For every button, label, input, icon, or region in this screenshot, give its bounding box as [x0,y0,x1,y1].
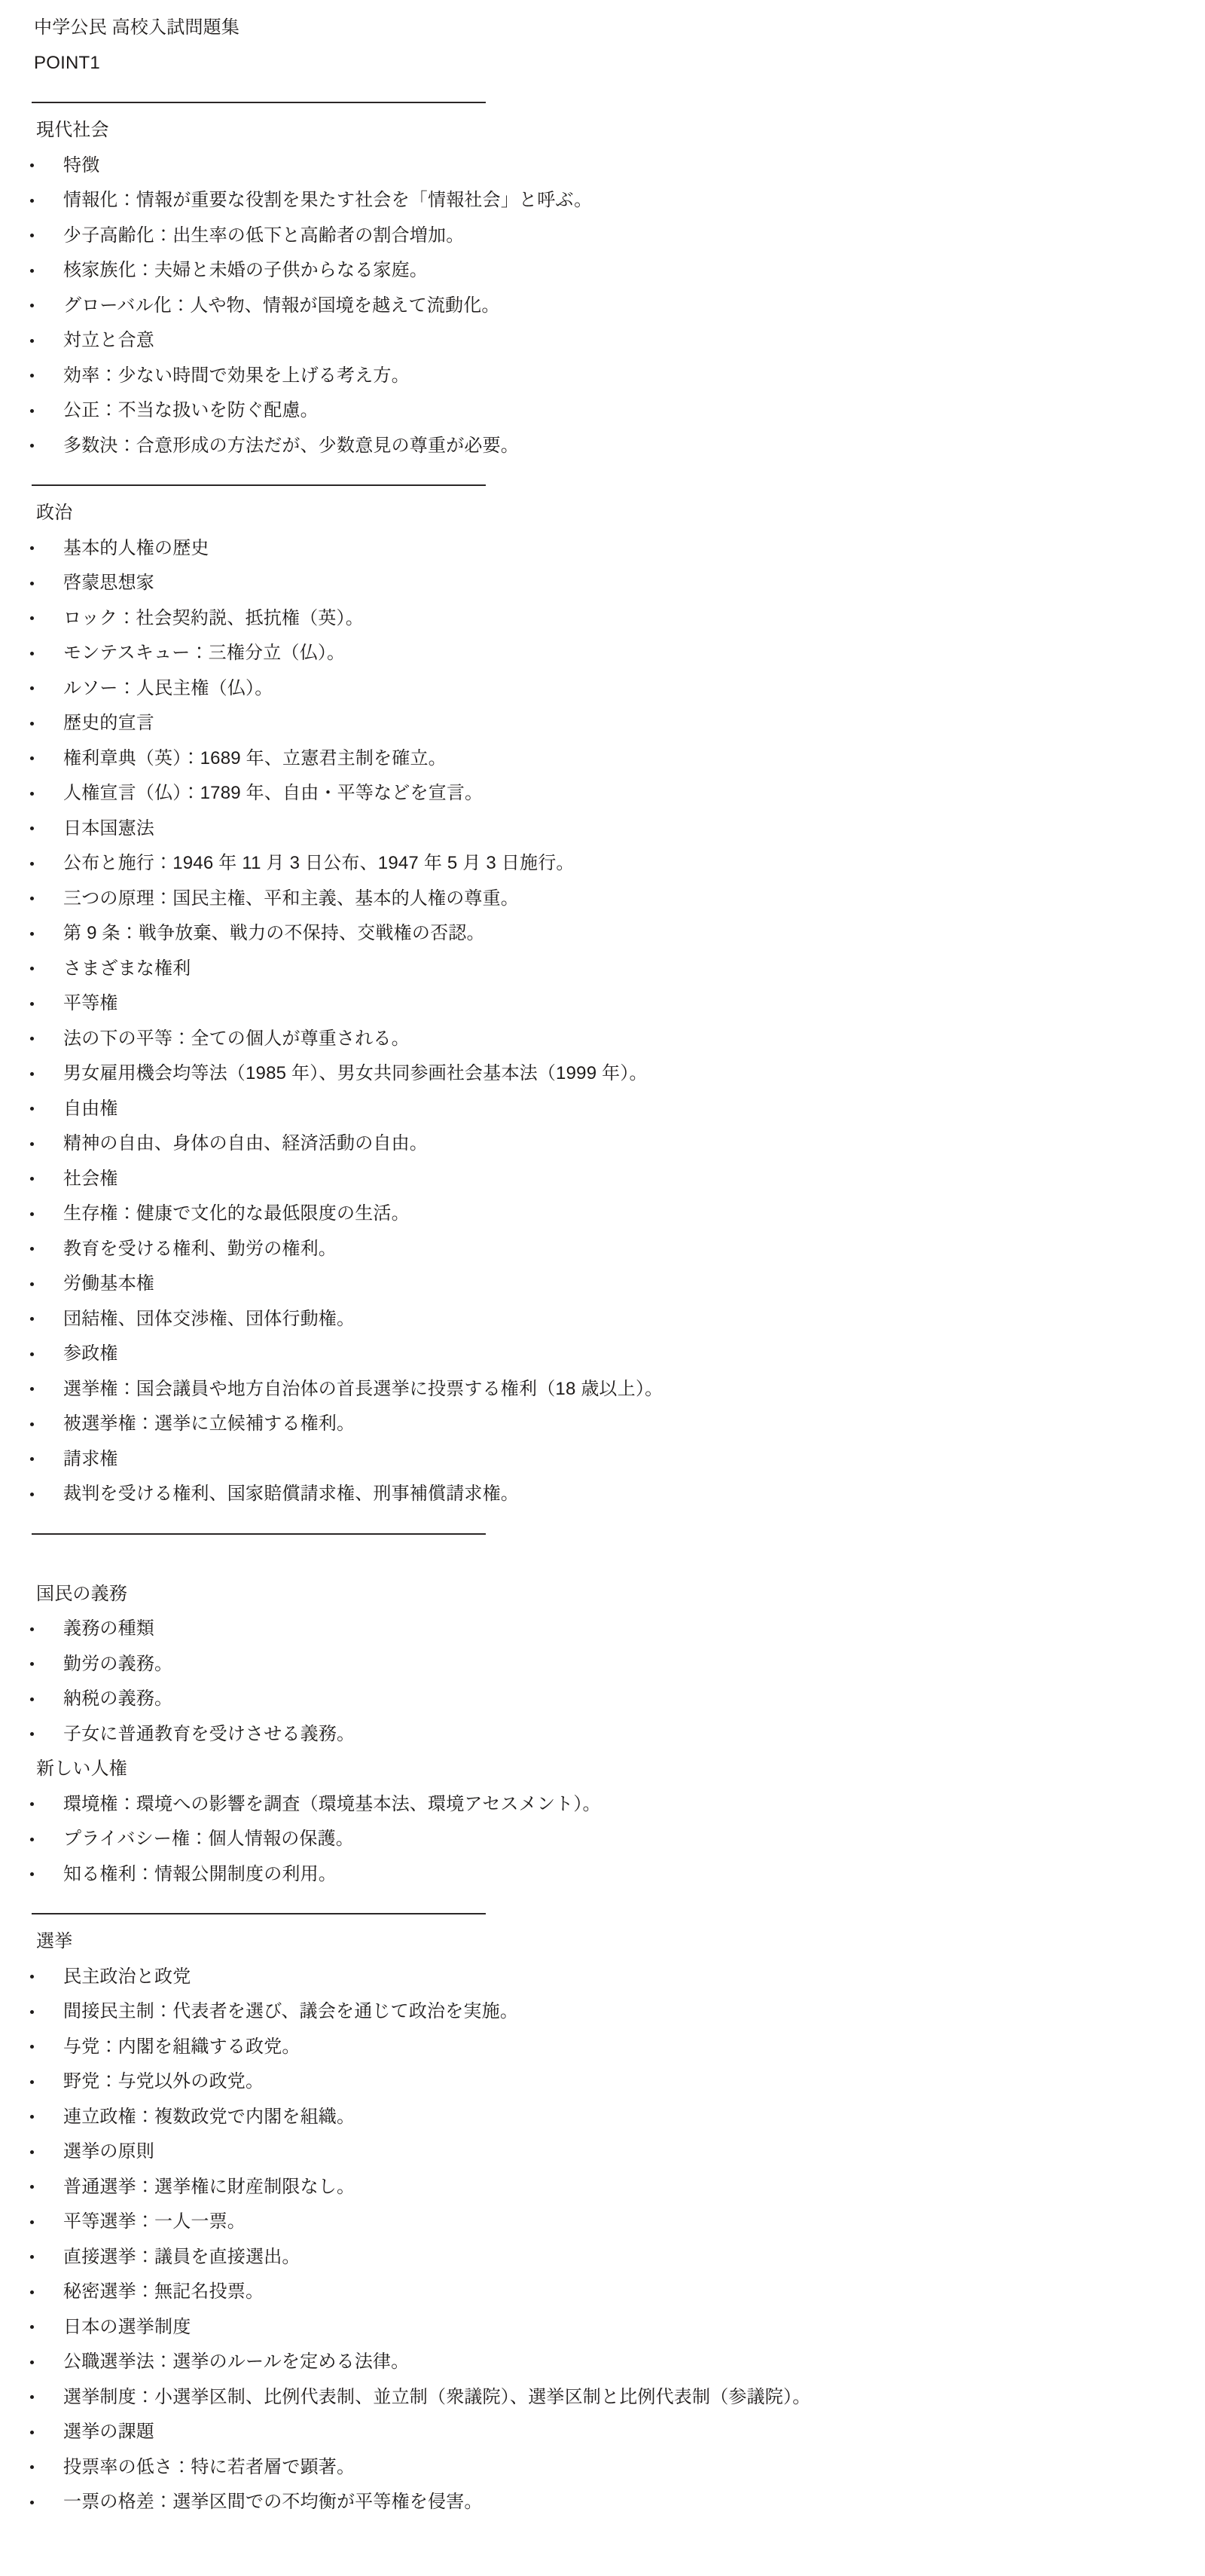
list-item: 核家族化：夫婦と未婚の子供からなる家庭。 [0,253,1205,289]
list-item-text: 特徴 [63,157,99,175]
list-item-text: 選挙の課題 [63,2423,154,2441]
list-item: 環境権：環境への影響を調査（環境基本法、環境アセスメント）。 [0,1787,1205,1823]
list-item: 多数決：合意形成の方法だが、少数意見の尊重が必要。 [0,429,1205,464]
bullet-icon [30,1732,34,1736]
list-item-text: 第 9 条：戦争放棄、戦力の不保持、交戦権の否認。 [63,924,485,943]
list-item: 勤労の義務。 [0,1647,1205,1682]
bullet-icon [30,2465,34,2469]
list-item-text: 公布と施行：1946 年 11 月 3 日公布、1947 年 5 月 3 日施行… [63,854,575,872]
list-item: 義務の種類 [0,1612,1205,1647]
bullet-icon [30,546,34,550]
list-item: 基本的人権の歴史 [0,531,1205,567]
list-item: 知る権利：情報公開制度の利用。 [0,1857,1205,1893]
list-item-text: 労働基本権 [63,1275,154,1293]
bullet-icon [30,1037,34,1040]
bullet-icon [30,2395,34,2399]
bullet-icon [30,374,34,377]
list-item: さまざまな権利 [0,952,1205,987]
list-item-text: ロック：社会契約説、抵抗権（英）。 [63,610,364,628]
list-item: 自由権 [0,1092,1205,1127]
list-item: 歴史的宣言 [0,706,1205,741]
list-item: 直接選挙：議員を直接選出。 [0,2240,1205,2275]
bullet-icon [30,163,34,167]
list-item: グローバル化：人や物、情報が国境を越えて流動化。 [0,289,1205,324]
bullet-icon [30,897,34,900]
list-item-text: 社会権 [63,1170,118,1188]
list-item-text: 連立政権：複数政党で内閣を組織。 [63,2108,355,2126]
section-heading: 政治 [0,496,1205,531]
list-item-text: 権利章典（英）：1689 年、立憲君主制を確立。 [63,750,447,768]
bullet-icon [30,1457,34,1461]
list-item: 教育を受ける権利、勤労の権利。 [0,1232,1205,1267]
list-item: 三つの原理：国民主権、平和主義、基本的人権の尊重。 [0,882,1205,917]
bullet-icon [30,827,34,830]
bullet-icon [30,1422,34,1426]
list-item-text: 公職選挙法：選挙のルールを定める法律。 [63,2353,409,2371]
list-item-text: 選挙権：国会議員や地方自治体の首長選挙に投票する権利（18 歳以上）。 [63,1380,663,1398]
list-item-text: 対立と合意 [63,332,154,350]
list-item: 日本の選挙制度 [0,2310,1205,2345]
list-item-text: 団結権、団体交渉権、団体行動権。 [63,1310,355,1328]
list-item-text: 教育を受ける権利、勤労の権利。 [63,1240,337,1258]
list-item: 公職選挙法：選挙のルールを定める法律。 [0,2345,1205,2380]
list-item-text: 環境権：環境への影響を調査（環境基本法、環境アセスメント）。 [63,1795,601,1814]
list-item: 公正：不当な扱いを防ぐ配慮。 [0,393,1205,429]
list-item-text: 歴史的宣言 [63,714,154,732]
list-item-text: 普通選挙：選挙権に財産制限なし。 [63,2178,355,2196]
list-item-text: 男女雇用機会均等法（1985 年）、男女共同参画社会基本法（1999 年）。 [63,1065,648,1083]
section-divider [32,1913,486,1914]
list-item: 一票の格差：選挙区間での不均衡が平等権を侵害。 [0,2485,1205,2520]
list-item-text: ルソー：人民主権（仏）。 [63,680,273,698]
list-item-text: 子女に普通教育を受けさせる義務。 [63,1725,355,1743]
bullet-icon [30,932,34,936]
bullet-icon [30,2220,34,2224]
sections-container: 現代社会特徴情報化：情報が重要な役割を果たす社会を「情報社会」と呼ぶ。少子高齢化… [0,102,1205,2520]
list-item: 精神の自由、身体の自由、経済活動の自由。 [0,1126,1205,1162]
list-item-text: 参政権 [63,1345,118,1363]
bullet-icon [30,756,34,760]
bullet-icon [30,2150,34,2154]
list-item-text: 投票率の低さ：特に若者層で顕著。 [63,2458,355,2477]
list-item: 被選挙権：選挙に立候補する権利。 [0,1407,1205,1442]
bullet-icon [30,582,34,585]
section-divider [32,484,486,486]
list-item: 裁判を受ける権利、国家賠償請求権、刑事補償請求権。 [0,1477,1205,1512]
section-heading: 国民の義務 [0,1577,1205,1612]
list-item-text: 選挙制度：小選挙区制、比例代表制、並立制（衆議院）、選挙区制と比例代表制（参議院… [63,2388,810,2406]
bullet-icon [30,199,34,203]
document-page: 中学公民 高校入試問題集 POINT1 現代社会特徴情報化：情報が重要な役割を果… [0,0,1205,2520]
bullet-icon [30,967,34,970]
bullet-icon [30,862,34,866]
list-item: 選挙の課題 [0,2415,1205,2450]
section-divider [32,102,486,103]
list-item: 民主政治と政党 [0,1960,1205,1995]
list-item-text: 間接民主制：代表者を選び、議会を通じて政治を実施。 [63,2003,518,2021]
list-item-text: 選挙の原則 [63,2143,154,2161]
list-item: 日本国憲法 [0,811,1205,847]
bullet-icon [30,1872,34,1876]
list-item-text: 平等権 [63,995,118,1013]
list-item-text: 請求権 [63,1450,118,1468]
list-item-text: さまざまな権利 [63,960,191,978]
list-item: 労働基本権 [0,1267,1205,1302]
list-item-text: 秘密選挙：無記名投票。 [63,2283,264,2301]
bullet-icon [30,722,34,726]
point-label-row: POINT1 [0,46,1205,81]
bullet-icon [30,652,34,655]
section-heading-text: 新しい人権 [36,1760,127,1778]
list-item: 野党：与党以外の政党。 [0,2064,1205,2100]
list-item-text: 法の下の平等：全ての個人が尊重される。 [63,1030,410,1048]
list-item: 人権宣言（仏）：1789 年、自由・平等などを宣言。 [0,776,1205,811]
list-item-text: 民主政治と政党 [63,1968,191,1986]
list-item-text: 勤労の義務。 [63,1655,172,1673]
list-item-text: 裁判を受ける権利、国家賠償請求権、刑事補償請求権。 [63,1485,519,1503]
bullet-icon [30,269,34,273]
list-item-text: 一票の格差：選挙区間での不均衡が平等権を侵害。 [63,2493,483,2511]
list-item-text: 義務の種類 [63,1620,154,1638]
bullet-icon [30,2045,34,2049]
bullet-icon [30,1107,34,1111]
list-item: 平等権 [0,986,1205,1022]
list-item-text: 生存権：健康で文化的な最低限度の生活。 [63,1205,410,1223]
section-heading-text: 国民の義務 [36,1585,127,1603]
section-heading-text: 選挙 [36,1933,72,1951]
list-item: 選挙制度：小選挙区制、比例代表制、並立制（衆議院）、選挙区制と比例代表制（参議院… [0,2380,1205,2416]
bullet-icon [30,2361,34,2364]
list-item-text: 野党：与党以外の政党。 [63,2073,264,2091]
bullet-icon [30,1282,34,1286]
list-item: 投票率の低さ：特に若者層で顕著。 [0,2450,1205,2486]
bullet-icon [30,1072,34,1076]
list-item: 効率：少ない時間で効果を上げる考え方。 [0,359,1205,394]
bullet-icon [30,2431,34,2434]
bullet-icon [30,1662,34,1666]
list-item: 生存権：健康で文化的な最低限度の生活。 [0,1196,1205,1232]
bullet-icon [30,2080,34,2084]
list-item-text: 少子高齢化：出生率の低下と高齢者の割合増加。 [63,227,464,245]
list-item: 連立政権：複数政党で内閣を組織。 [0,2100,1205,2135]
list-item: 情報化：情報が重要な役割を果たす社会を「情報社会」と呼ぶ。 [0,183,1205,218]
list-item: 特徴 [0,148,1205,184]
bullet-icon [30,2501,34,2504]
bullet-icon [30,1177,34,1181]
list-item-text: 人権宣言（仏）：1789 年、自由・平等などを宣言。 [63,784,483,802]
list-item-text: 被選挙権：選挙に立候補する権利。 [63,1415,355,1433]
bullet-icon [30,616,34,620]
list-item-text: 納税の義務。 [63,1690,172,1708]
section-spacer [0,1545,1205,1577]
list-item-text: 日本国憲法 [63,820,154,838]
list-item: 社会権 [0,1162,1205,1197]
bullet-icon [30,2290,34,2294]
bullet-icon [30,339,34,343]
section-heading-text: 政治 [36,504,72,522]
section-divider [32,1533,486,1535]
bullet-icon [30,1387,34,1391]
bullet-icon [30,2115,34,2119]
list-item: 公布と施行：1946 年 11 月 3 日公布、1947 年 5 月 3 日施行… [0,846,1205,882]
list-item: 少子高齢化：出生率の低下と高齢者の割合増加。 [0,218,1205,254]
bullet-icon [30,304,34,307]
list-item: ロック：社会契約説、抵抗権（英）。 [0,601,1205,637]
bullet-icon [30,1802,34,1806]
list-item: 第 9 条：戦争放棄、戦力の不保持、交戦権の否認。 [0,916,1205,952]
list-item: 権利章典（英）：1689 年、立憲君主制を確立。 [0,741,1205,777]
bullet-icon [30,1697,34,1701]
list-item: 間接民主制：代表者を選び、議会を通じて政治を実施。 [0,1994,1205,2030]
bullet-icon [30,792,34,796]
bullet-icon [30,1142,34,1146]
list-item: 選挙の原則 [0,2134,1205,2170]
bullet-icon [30,2325,34,2329]
bullet-icon [30,234,34,237]
list-item: 団結権、団体交渉権、団体行動権。 [0,1302,1205,1337]
section-heading-text: 現代社会 [36,121,109,139]
list-item: 子女に普通教育を受けさせる義務。 [0,1717,1205,1752]
list-item: モンテスキュー：三権分立（仏）。 [0,636,1205,671]
list-item: 納税の義務。 [0,1682,1205,1717]
list-item-text: プライバシー権：個人情報の保護。 [63,1830,354,1848]
list-item: ルソー：人民主権（仏）。 [0,671,1205,707]
bullet-icon [30,1493,34,1496]
list-item: 請求権 [0,1442,1205,1477]
list-item-text: モンテスキュー：三権分立（仏）。 [63,644,345,662]
list-item: 男女雇用機会均等法（1985 年）、男女共同参画社会基本法（1999 年）。 [0,1056,1205,1092]
document-title: 中学公民 高校入試問題集 [34,19,239,37]
list-item-text: 自由権 [63,1100,118,1118]
list-item-text: 多数決：合意形成の方法だが、少数意見の尊重が必要。 [63,437,519,455]
list-item: 平等選挙：一人一票。 [0,2205,1205,2240]
list-item-text: 効率：少ない時間で効果を上げる考え方。 [63,367,410,385]
section-heading: 新しい人権 [0,1752,1205,1787]
bullet-icon [30,1975,34,1979]
list-item-text: 日本の選挙制度 [63,2318,191,2336]
bullet-icon [30,1627,34,1631]
bullet-icon [30,409,34,413]
list-item: 参政権 [0,1337,1205,1372]
list-item: 啓蒙思想家 [0,566,1205,601]
bullet-icon [30,686,34,690]
bullet-icon [30,2255,34,2259]
bullet-icon [30,1212,34,1216]
list-item-text: 平等選挙：一人一票。 [63,2213,246,2231]
document-title-row: 中学公民 高校入試問題集 [0,11,1205,46]
list-item: 与党：内閣を組織する政党。 [0,2030,1205,2065]
list-item-text: 与党：内閣を組織する政党。 [63,2038,300,2056]
list-item: 法の下の平等：全ての個人が尊重される。 [0,1022,1205,1057]
list-item-text: 情報化：情報が重要な役割を果たす社会を「情報社会」と呼ぶ。 [63,191,592,209]
list-item-text: 基本的人権の歴史 [63,539,209,558]
bullet-icon [30,1247,34,1251]
list-item-text: 直接選挙：議員を直接選出。 [63,2248,300,2266]
bullet-icon [30,2010,34,2014]
bullet-icon [30,1838,34,1841]
list-item-text: 三つの原理：国民主権、平和主義、基本的人権の尊重。 [63,890,519,908]
section-heading: 現代社会 [0,113,1205,148]
list-item-text: 啓蒙思想家 [63,574,154,592]
list-item: 対立と合意 [0,323,1205,359]
list-item-text: グローバル化：人や物、情報が国境を越えて流動化。 [63,297,500,315]
bullet-icon [30,2185,34,2189]
point-label: POINT1 [34,54,100,72]
list-item: 選挙権：国会議員や地方自治体の首長選挙に投票する権利（18 歳以上）。 [0,1372,1205,1407]
list-item: プライバシー権：個人情報の保護。 [0,1822,1205,1857]
list-item-text: 精神の自由、身体の自由、経済活動の自由。 [63,1135,428,1153]
list-item: 秘密選挙：無記名投票。 [0,2275,1205,2310]
list-item-text: 核家族化：夫婦と未婚の子供からなる家庭。 [63,261,428,280]
bullet-icon [30,1352,34,1356]
list-item: 普通選挙：選挙権に財産制限なし。 [0,2170,1205,2205]
list-item-text: 公正：不当な扱いを防ぐ配慮。 [63,402,319,420]
bullet-icon [30,444,34,448]
bullet-icon [30,1317,34,1321]
list-item-text: 知る権利：情報公開制度の利用。 [63,1866,337,1884]
bullet-icon [30,1002,34,1006]
section-heading: 選挙 [0,1924,1205,1960]
